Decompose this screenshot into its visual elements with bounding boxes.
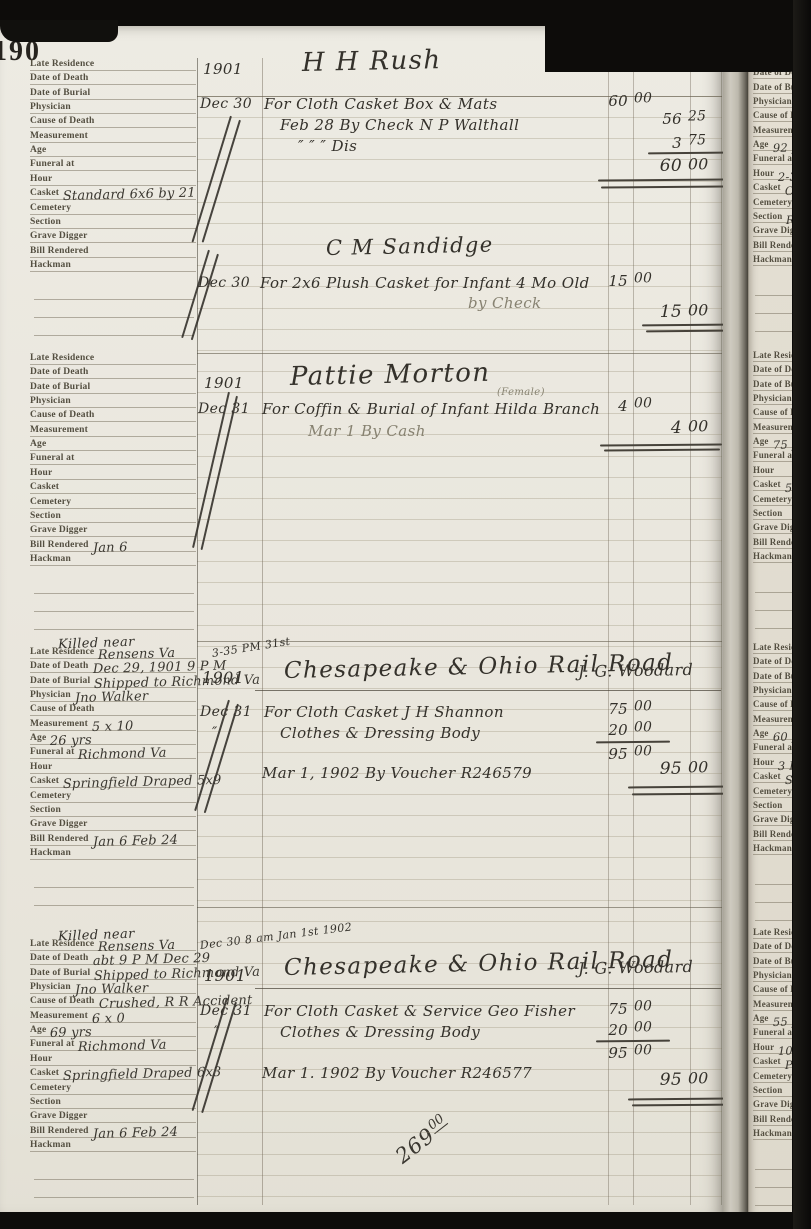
form-label: Funeral at: [30, 453, 74, 464]
sum-underline: [646, 330, 726, 332]
entry-line-date: Dec 30: [200, 97, 252, 111]
amount-dollars: 60: [608, 92, 628, 110]
form-label: Cause of Death: [753, 110, 792, 121]
amount-cents: 00: [688, 1069, 708, 1088]
form-label: Section: [30, 805, 61, 816]
form-row: Bill RenderedJan 6: [30, 538, 196, 552]
form-label: Section: [753, 1085, 782, 1096]
form-row: PhysicianJno Walker: [30, 688, 196, 702]
form-row: Grave Digger: [30, 1109, 196, 1123]
entry-payee: J. G. Woodard: [578, 662, 693, 680]
form-label: Hackman: [30, 554, 71, 565]
amount-value: 2000: [596, 721, 664, 737]
form-row: Age92 y: [753, 137, 792, 151]
amount-cents: 00: [634, 1043, 652, 1059]
form-label: Cause of Death: [753, 984, 792, 995]
entry-note: (Female): [497, 388, 545, 398]
form-row: Hackman: [30, 552, 196, 566]
form-row: Date of Burial: [753, 954, 792, 968]
form-row: Cemetery: [30, 789, 196, 803]
form-label: Hour: [753, 1042, 774, 1053]
form-row: Hour10 0: [753, 1040, 792, 1054]
blank-line: [755, 871, 792, 885]
form-row: CasketStandard 6x6 by 21: [30, 186, 196, 200]
form-row: Bill Rendered: [753, 827, 792, 841]
amount-value: 400: [650, 418, 718, 434]
block-separator-line: [197, 907, 722, 908]
form-row: Date of Burial: [753, 377, 792, 391]
form-row: Age75 y: [753, 434, 792, 448]
page-total-handwritten: 26900: [390, 1111, 453, 1168]
sum-underline: [596, 1040, 670, 1042]
form-label: Cause of Death: [753, 407, 792, 418]
form-row: Grave Digger: [753, 223, 792, 237]
form-row: Measurement: [753, 712, 792, 726]
form-label: Date of Burial: [753, 379, 792, 390]
entry-year: 1901: [203, 62, 243, 77]
entry-year: 1901: [202, 670, 244, 686]
amount-dollars: 3: [672, 134, 682, 152]
form-row: Hour3 P: [753, 755, 792, 769]
form-row: Grave Digger: [753, 520, 792, 534]
ruling-line: [197, 879, 722, 880]
form-row: Hour: [30, 172, 196, 186]
form-label: Age: [30, 145, 46, 156]
form-row: Cause of DeathCrushed, R R Accident: [30, 994, 196, 1008]
amount-dollars: 95: [608, 1044, 628, 1062]
form-label: Cause of Death: [30, 996, 95, 1007]
form-row: CasketSpringfield Draped 6x3: [30, 1066, 196, 1080]
ruling-line: [197, 815, 722, 816]
form-row: Measurement5 x 10: [30, 717, 196, 731]
ruling-line: [197, 984, 722, 985]
form-label: Bill Rendered: [30, 246, 89, 257]
form-label: Cemetery: [30, 1083, 71, 1094]
binding-bottom: [0, 1212, 811, 1229]
form-label: Date of Burial: [753, 82, 792, 93]
blank-line: [755, 282, 792, 296]
amount-cents: 00: [688, 417, 708, 436]
amount-value: 7500: [596, 700, 664, 716]
form-row: Late ResidenceRensens Va: [30, 937, 196, 951]
form-label: Date of Death: [30, 367, 89, 378]
entry-line-text: For 2x6 Plush Casket for Infant 4 Mo Old: [260, 276, 590, 291]
amount-dollars: 20: [608, 1021, 628, 1039]
amount-value: 5625: [650, 110, 718, 126]
form-label: Bill Rendered: [753, 1114, 792, 1125]
amount-value: 1500: [596, 272, 664, 288]
entry-line-date: Dec 31: [200, 1004, 252, 1018]
form-label: Hour: [753, 757, 774, 768]
form-row: CasketSpringfield Draped 5x9: [30, 774, 196, 788]
amount-dollars: 75: [608, 700, 628, 718]
form-row: Casket: [30, 480, 196, 494]
form-label: Hackman: [753, 1128, 792, 1139]
amount-value: 2000: [596, 1021, 664, 1037]
form-row: CemeteryJ: [753, 1069, 792, 1083]
form-row: Cause of Death: [753, 982, 792, 996]
amount-value: 375: [650, 134, 718, 150]
sum-underline: [604, 448, 720, 451]
column-rule: [262, 58, 263, 1205]
form-row: Section: [753, 798, 792, 812]
ruling-line: [197, 1196, 722, 1197]
ruling-line: [197, 477, 722, 478]
amount-dollars: 95: [660, 759, 682, 779]
ruling-line: [197, 1132, 722, 1133]
form-row: Date of Death: [753, 654, 792, 668]
form-row: CemeteryF: [753, 195, 792, 209]
form-label: Cause of Death: [30, 116, 95, 127]
form-label: Cemetery: [753, 494, 792, 505]
amount-cents: 00: [688, 758, 708, 777]
form-label: Grave Digger: [30, 231, 88, 242]
amount-cents: 00: [688, 155, 708, 174]
form-label: Funeral at: [30, 747, 74, 758]
entry-title: Pattie Morton: [290, 360, 491, 390]
form-row: Measurement: [753, 997, 792, 1011]
form-row: Date of Burial: [753, 669, 792, 683]
form-label: Casket: [30, 776, 59, 787]
form-label: Measurement: [30, 719, 88, 730]
form-row: Late Residence: [753, 925, 792, 939]
entry-line-text: by Check: [468, 296, 542, 311]
amount-dollars: 56: [662, 110, 682, 128]
amount-dollars: 15: [608, 272, 628, 290]
form-row: Date of Burial: [753, 80, 792, 94]
form-row: Age: [30, 437, 196, 451]
amount-value: 6000: [650, 156, 718, 172]
form-label: Hackman: [753, 843, 792, 854]
form-row: Cause of Death: [753, 405, 792, 419]
sum-underline: [601, 185, 726, 188]
form-label: Age: [30, 1025, 46, 1036]
ruling-line: [197, 223, 722, 224]
form-row: Funeral at: [30, 157, 196, 171]
entry-annotation: Dec 30 8 am Jan 1st 1902: [199, 921, 352, 951]
form-label: Measurement: [30, 425, 88, 436]
form-label: Hackman: [30, 260, 71, 271]
form-row: Age: [30, 143, 196, 157]
ruling-line: [197, 921, 722, 922]
entry-line-text: Mar 1 By Cash: [308, 424, 426, 439]
entry-line-text: Feb 28 By Check N P Walthall: [280, 118, 519, 133]
entry-line-text: For Cloth Casket & Service Geo Fisher: [264, 1004, 575, 1019]
form-row: Date of Burial: [30, 86, 196, 100]
form-row: Measurement: [753, 420, 792, 434]
ruling-line: [197, 392, 722, 393]
form-row: Funeral atRichmond Va: [30, 1037, 196, 1051]
ruling-line: [197, 181, 722, 182]
form-row: Hackman: [753, 549, 792, 563]
ruling-line: [197, 519, 722, 520]
form-row: Cause of Death: [30, 114, 196, 128]
blank-line: [34, 874, 194, 888]
amount-cents: 00: [634, 271, 652, 287]
form-row: Section: [30, 509, 196, 523]
form-row: Date of Death: [30, 365, 196, 379]
form-label: Cemetery: [30, 497, 71, 508]
form-row: Hour: [30, 466, 196, 480]
form-label: Casket: [30, 1068, 59, 1079]
sum-underline: [600, 443, 722, 446]
form-row: Physician: [30, 394, 196, 408]
ruling-line: [197, 582, 722, 583]
form-label: Grave Digger: [753, 225, 792, 236]
blank-line: [755, 318, 792, 332]
form-row: Age69 yrs: [30, 1023, 196, 1037]
next-page-partial: Late ResidenceDate of DeathDate of Buria…: [748, 44, 792, 1214]
form-label: Measurement: [753, 999, 792, 1010]
form-row: Late Residence: [753, 348, 792, 362]
ruling-line: [197, 900, 722, 901]
form-row: Funeral atB: [753, 740, 792, 754]
amount-dollars: 95: [608, 745, 628, 763]
form-label: Bill Rendered: [30, 834, 89, 845]
form-row: Cemetery: [30, 1081, 196, 1095]
form-label: Measurement: [30, 131, 88, 142]
form-row: Cause of Death: [753, 697, 792, 711]
form-label: Casket: [753, 479, 781, 490]
form-label: Late Residence: [753, 350, 792, 361]
form-label: Cemetery: [753, 197, 792, 208]
form-label: Physician: [30, 982, 71, 993]
form-row: PhysicianJ: [753, 94, 792, 108]
form-label: Bill Rendered: [753, 240, 792, 251]
form-label: Grave Digger: [30, 525, 88, 536]
ruling-line: [197, 434, 722, 435]
ruling-line: [197, 456, 722, 457]
blank-line: [34, 322, 194, 336]
form-row: Bill Rendered: [753, 1112, 792, 1126]
ruling-line: [197, 604, 722, 605]
form-row: Section: [753, 1083, 792, 1097]
form-row: Grave Digger: [753, 812, 792, 826]
amount-dollars: 75: [608, 1000, 628, 1018]
ruling-line: [197, 138, 722, 139]
amount-dollars: 4: [671, 418, 682, 438]
form-row: Section: [30, 215, 196, 229]
form-row: Section: [753, 506, 792, 520]
sum-underline: [628, 786, 732, 788]
entry-annotation: 3-35 PM 31st: [211, 636, 291, 659]
form-row: Funeral atR: [753, 1025, 792, 1039]
form-label: Cause of Death: [753, 699, 792, 710]
amount-value: 9500: [650, 1070, 718, 1086]
amount-value: 7500: [596, 1000, 664, 1016]
blank-line: [755, 615, 792, 629]
form-row: Measurement6 x 0: [30, 1009, 196, 1023]
form-label: Date of Burial: [30, 88, 90, 99]
form-row: Late Residence: [753, 640, 792, 654]
form-label: Date of Death: [30, 953, 89, 964]
form-label: Late Residence: [753, 642, 792, 653]
form-row: Hour: [30, 760, 196, 774]
form-row: Date of Death: [30, 71, 196, 85]
form-row: Hackman: [30, 846, 196, 860]
form-label: Casket: [753, 771, 781, 782]
form-label: Physician: [753, 685, 792, 696]
blank-line: [34, 1184, 194, 1198]
blank-line: [755, 300, 792, 314]
form-label: Funeral at: [753, 450, 792, 461]
blank-line: [34, 286, 194, 300]
entry-line-text: For Cloth Casket Box & Mats: [264, 97, 497, 112]
form-label: Age: [753, 1013, 769, 1024]
form-label: Measurement: [753, 422, 792, 433]
entry-year: 1901: [204, 376, 244, 391]
blank-line: [34, 580, 194, 594]
form-row: CasketPl: [753, 1054, 792, 1068]
form-label: Physician: [753, 393, 792, 404]
ruling-line: [197, 329, 722, 330]
form-row: Cause of Death: [753, 108, 792, 122]
form-label: Bill Rendered: [30, 540, 89, 551]
form-label: Funeral at: [753, 153, 792, 164]
amount-cents: 75: [688, 133, 706, 149]
form-row: Hackman: [30, 1138, 196, 1152]
form-label: Funeral at: [753, 1027, 792, 1038]
form-row: CasketOc: [753, 180, 792, 194]
form-row: Date of Burial: [30, 380, 196, 394]
form-row: Date of Death: [753, 362, 792, 376]
entry-header-underline: [255, 690, 721, 691]
entry-title: C M Sandidge: [326, 234, 494, 259]
page-edge-gutter: [723, 24, 748, 1214]
form-row: Hackman: [753, 841, 792, 855]
blank-line: [34, 616, 194, 630]
form-row: PhysicianJno Walker: [30, 980, 196, 994]
form-row: CasketSo: [753, 769, 792, 783]
form-row: Funeral atRichmond Va: [30, 745, 196, 759]
column-rule: [690, 58, 691, 1205]
form-label: Cemetery: [30, 791, 71, 802]
blank-line: [755, 907, 792, 921]
form-row: Bill Rendered: [753, 238, 792, 252]
entry-line-text: For Coffin & Burial of Infant Hilda Bran…: [262, 402, 600, 417]
form-label: Grave Digger: [753, 522, 792, 533]
form-label: Hour: [30, 762, 52, 773]
block-separator-line: [197, 353, 722, 354]
scanned-ledger-spread: 190 ▼ 26900 Late ResidenceDate of DeathD…: [0, 0, 811, 1229]
form-label: Measurement: [753, 125, 792, 136]
form-label: Hour: [30, 174, 52, 185]
blank-line: [755, 1156, 792, 1170]
form-row: Bill RenderedJan 6 Feb 24: [30, 1124, 196, 1138]
form-label: Casket: [30, 482, 59, 493]
ruling-line: [197, 265, 722, 266]
form-label: Funeral at: [30, 159, 74, 170]
ruling-line: [197, 1111, 722, 1112]
amount-cents: 00: [688, 301, 708, 320]
blank-line: [34, 892, 194, 906]
form-label: Date of Burial: [30, 382, 90, 393]
blank-line: [755, 889, 792, 903]
form-row: Section: [30, 803, 196, 817]
form-label: Late Residence: [30, 353, 94, 364]
form-row: Funeral at: [753, 448, 792, 462]
form-row: Hour: [753, 463, 792, 477]
form-label: Funeral at: [753, 742, 792, 753]
amount-value: 6000: [596, 92, 664, 108]
entry-year: 1901: [204, 968, 246, 984]
amount-value: 400: [596, 397, 664, 413]
form-label: Date of Death: [753, 364, 792, 375]
form-row: Date of Death: [753, 939, 792, 953]
form-row: Grave Digger: [30, 229, 196, 243]
column-rule: [721, 58, 722, 1205]
form-label: Section: [30, 511, 61, 522]
form-label: Date of Death: [753, 941, 792, 952]
ruling-line: [197, 540, 722, 541]
amount-dollars: 15: [660, 302, 682, 322]
form-row: Grave Digger: [30, 523, 196, 537]
form-label: Hour: [753, 168, 774, 179]
form-row: Late Residence: [30, 351, 196, 365]
ruling-line: [197, 1154, 722, 1155]
form-row: HackmanM: [753, 252, 792, 266]
form-row: Date of DeathDec 29, 1901 9 P M: [30, 659, 196, 673]
form-label: Grave Digger: [30, 1111, 88, 1122]
form-row: Physician: [30, 100, 196, 114]
form-label: Grave Digger: [753, 1099, 792, 1110]
sum-underline: [642, 324, 726, 326]
form-label: Casket: [753, 1056, 781, 1067]
amount-cents: 25: [688, 109, 706, 125]
sum-underline: [648, 152, 724, 154]
form-row: Hour: [30, 1052, 196, 1066]
amount-dollars: 20: [608, 721, 628, 739]
form-label: Section: [753, 800, 782, 811]
blank-line: [34, 598, 194, 612]
blank-line: [755, 597, 792, 611]
binding-top-right: [545, 0, 811, 72]
form-label: Casket: [753, 182, 781, 193]
form-label: Date of Burial: [753, 956, 792, 967]
form-row: Age26 yrs: [30, 731, 196, 745]
sum-underline: [632, 1104, 732, 1106]
ruling-line: [197, 836, 722, 837]
entry-line-text: For Cloth Casket J H Shannon: [264, 705, 504, 720]
amount-value: 1500: [650, 302, 718, 318]
form-label: Age: [753, 728, 769, 739]
form-label: Age: [753, 139, 769, 150]
entry-line-text: ″ ″ ″ Dis: [298, 139, 357, 154]
form-label: Date of Death: [753, 656, 792, 667]
ruling-line: [197, 857, 722, 858]
entry-header-underline: [255, 988, 721, 989]
amount-dollars: 95: [660, 1070, 682, 1090]
form-label: Grave Digger: [30, 819, 88, 830]
form-label: Section: [753, 211, 782, 222]
form-label: Cemetery: [30, 203, 71, 214]
amount-cents: 00: [634, 999, 652, 1015]
form-label: Physician: [30, 396, 71, 407]
form-label: Bill Rendered: [753, 537, 792, 548]
form-row: Measurement: [30, 129, 196, 143]
amount-cents: 00: [634, 720, 652, 736]
form-label: Bill Rendered: [30, 1126, 89, 1137]
amount-cents: 00: [634, 91, 652, 107]
form-row: Cause of Death: [30, 702, 196, 716]
amount-dollars: 4: [618, 397, 628, 415]
form-row: Funeral atM: [753, 151, 792, 165]
form-label: Date of Death: [30, 661, 89, 672]
form-row: Grave Digger: [30, 817, 196, 831]
ledger-left-page: 190 ▼ 26900 Late ResidenceDate of DeathD…: [0, 24, 723, 1214]
form-row: Cemetery: [753, 492, 792, 506]
form-label: Cause of Death: [30, 410, 95, 421]
